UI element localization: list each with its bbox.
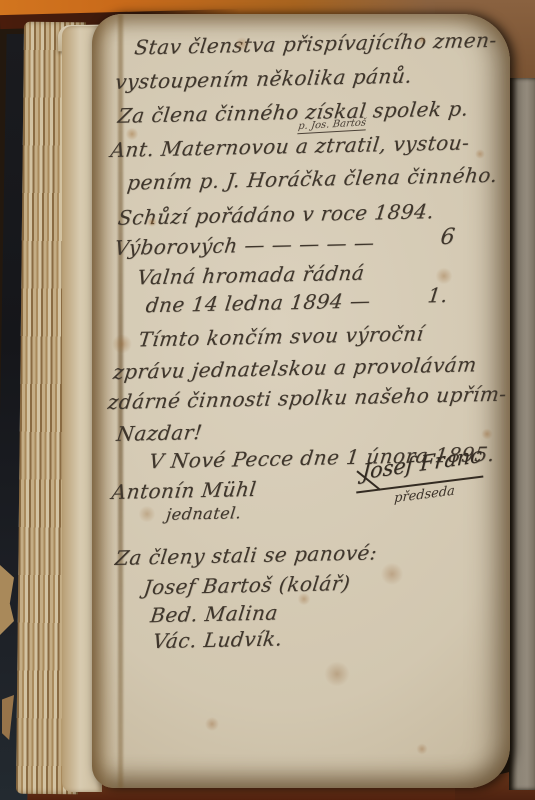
- secretary-name: Antonín Mühl: [110, 477, 257, 504]
- secretary-title: jednatel.: [165, 503, 242, 524]
- handwriting-line: pením p. J. Horáčka člena činného.: [126, 163, 499, 195]
- member-name: Josef Bartoš (kolář): [142, 571, 351, 599]
- handwriting-layer: Stav členstva přispívajícího zmen- vysto…: [92, 14, 510, 788]
- count-vyborovych: 6: [439, 225, 456, 250]
- facing-page-edge: [509, 78, 535, 790]
- handwriting-line: Nazdar!: [115, 420, 204, 446]
- handwriting-line: vystoupením několika pánů.: [114, 64, 414, 94]
- handwriting-line: Valná hromada řádná: [136, 261, 366, 290]
- member-name: Bed. Malina: [149, 600, 279, 627]
- book-photo: Stav členstva přispívajícího zmen- vysto…: [0, 0, 535, 800]
- handwriting-line: zdárné činnosti spolku našeho upřím-: [107, 382, 509, 414]
- handwriting-line: Ant. Maternovou a ztratil, vystou-: [109, 130, 471, 162]
- handwriting-line: Tímto končím svou výroční: [137, 321, 425, 351]
- interlinear-insertion: p. Jos. Bartoš: [297, 117, 366, 134]
- handwriting-line: Schůzí pořádáno v roce 1894.: [117, 199, 436, 230]
- manuscript-page: Stav členstva přispívajícího zmen- vysto…: [92, 14, 510, 788]
- handwriting-line: dne 14 ledna 1894 —: [145, 288, 372, 317]
- handwriting-line: zprávu jednatelskou a provolávám: [112, 352, 478, 384]
- handwriting-line: Za člena činného získal spolek p.: [117, 96, 471, 127]
- members-heading: Za členy stali se panové:: [114, 540, 379, 570]
- handwriting-line: Stav členstva přispívajícího zmen-: [133, 28, 498, 60]
- count-valna-hromada: 1.: [426, 283, 449, 307]
- handwriting-line: Výborových — — — — —: [113, 230, 376, 260]
- chairman-signature: Josef Franc předseda: [355, 450, 496, 523]
- member-name: Vác. Ludvík.: [152, 626, 284, 653]
